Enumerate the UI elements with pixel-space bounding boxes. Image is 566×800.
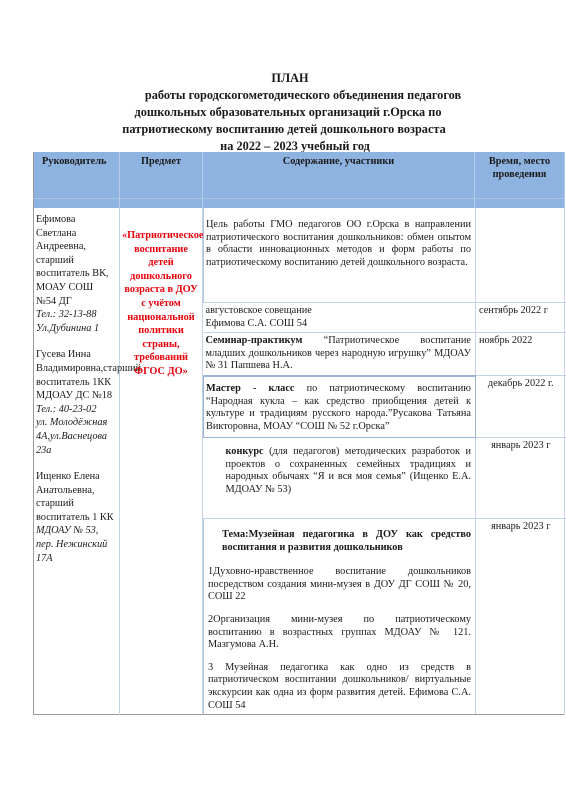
event-text: августовское совещание Ефимова С.А. СОШ …	[204, 303, 476, 333]
museum-theme: Тема:Музейная педагогика в ДОУ как средс…	[208, 529, 471, 554]
event-row-masterclass: Мастер - класс по патриотическому воспит…	[204, 376, 566, 438]
header-subject: Предмет	[120, 152, 203, 199]
event-time: январь 2023 г	[476, 518, 566, 714]
header-leader: Руководитель	[34, 152, 120, 199]
event-text: конкурс (для педагогов) методических раз…	[204, 437, 476, 518]
event-text: Тема:Музейная педагогика в ДОУ как средс…	[204, 518, 476, 714]
event-text: Мастер - класс по патриотическому воспит…	[204, 376, 476, 438]
header-row: Руководитель Предмет Содержание, участни…	[34, 152, 565, 199]
leader-address: ул. Молодёжная 4А,ул.Васнецова 23а	[36, 417, 107, 455]
title-line-3: дошкольных образовательных организаций г…	[36, 104, 540, 121]
event-row-august: августовское совещание Ефимова С.А. СОШ …	[204, 303, 566, 333]
subject-cell: «Патриотическое воспитание детей дошколь…	[120, 208, 203, 715]
header-subrow	[34, 199, 565, 209]
event-time	[476, 208, 566, 303]
event-time: декабрь 2022 г.	[476, 376, 566, 438]
title-line-2: работы городскогометодического объединен…	[40, 87, 540, 104]
leader-address: Ул.Дубинина 1	[36, 323, 99, 334]
leader-ishchenko: Ищенко Елена Анатольевна, старший воспит…	[36, 470, 115, 565]
event-time: январь 2023 г	[476, 437, 566, 518]
museum-item: 3 Музейная педагогика как одно из средст…	[208, 662, 471, 712]
leader-phone: Тел.: 40-23-02	[36, 404, 96, 415]
museum-item: 2Организация мини-музея по патриотическо…	[208, 614, 471, 652]
leader-guseva: Гусева Инна Владимировна,старший воспита…	[36, 348, 115, 457]
leader-phone: Тел.: 32-13-88	[36, 309, 96, 320]
content-cell: Цель работы ГМО педагогов ОО г.Орска в н…	[203, 208, 565, 715]
event-time: ноябрь 2022	[476, 333, 566, 376]
museum-item: 1Духовно-нравственное воспитание дошколь…	[208, 566, 471, 604]
plan-table: Руководитель Предмет Содержание, участни…	[33, 152, 565, 715]
event-row-museum: Тема:Музейная педагогика в ДОУ как средс…	[204, 518, 566, 714]
header-time: Время, место проведения	[475, 152, 565, 199]
goal-text: Цель работы ГМО педагогов ОО г.Орска в н…	[204, 208, 476, 303]
document-title: ПЛАН работы городскогометодического объе…	[40, 70, 540, 155]
table-row: Ефимова Светлана Андреевна, старший восп…	[34, 208, 565, 715]
event-time: сентябрь 2022 г	[476, 303, 566, 333]
leader-efimova: Ефимова Светлана Андреевна, старший восп…	[36, 213, 115, 335]
event-row-goal: Цель работы ГМО педагогов ОО г.Орска в н…	[204, 208, 566, 303]
events-table: Цель работы ГМО педагогов ОО г.Орска в н…	[203, 208, 566, 714]
event-row-contest: конкурс (для педагогов) методических раз…	[204, 437, 566, 518]
title-plan: ПЛАН	[40, 70, 540, 87]
title-line-4: патриотиескому воспитанию детей дошкольн…	[28, 121, 540, 138]
event-text: Семинар-практикум “Патриотическое воспит…	[204, 333, 476, 376]
header-content: Содержание, участники	[203, 152, 475, 199]
event-row-seminar: Семинар-практикум “Патриотическое воспит…	[204, 333, 566, 376]
leaders-cell: Ефимова Светлана Андреевна, старший восп…	[34, 208, 120, 715]
